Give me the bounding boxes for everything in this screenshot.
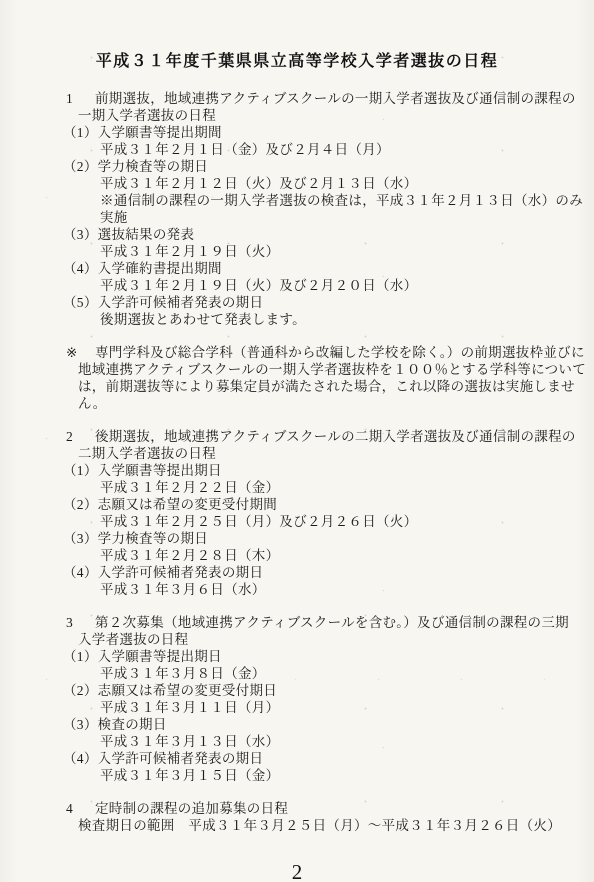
section-2: 2後期選抜，地域連携アクティブスクールの二期入学者選抜及び通信制の課程の 二期入… <box>0 428 594 598</box>
schedule-item-value: 平成３１年２月１９日（火）及び２月２０日（水） <box>0 277 594 294</box>
schedule-item-value: 平成３１年２月１９日（火） <box>0 243 594 260</box>
note-line3: は，前期選抜等により募集定員が満たされた場合，これ以降の選抜は実施しません。 <box>0 378 594 412</box>
schedule-item-value: 後期選抜とあわせて発表します。 <box>0 311 594 328</box>
schedule-item-label: （3）選抜結果の発表 <box>0 226 594 243</box>
section-4-number: 4 <box>66 800 95 817</box>
page-number: 2 <box>0 860 594 882</box>
section-4-detail: 検査期日の範囲 平成３１年３月２５日（月）～平成３１年３月２６日（火） <box>0 817 594 834</box>
schedule-item-value: 平成３１年３月１５日（金） <box>0 767 594 784</box>
section-3: 3第２次募集（地域連携アクティブスクールを含む。）及び通信制の課程の三期 入学者… <box>0 614 594 784</box>
schedule-item-label: （3）検査の期日 <box>0 716 594 733</box>
schedule-item-value: 平成３１年３月６日（水） <box>0 581 594 598</box>
section-4-heading: 4定時制の課程の追加募集の日程 <box>0 800 594 817</box>
schedule-item-value: 平成３１年２月１日（金）及び２月４日（月） <box>0 141 594 158</box>
schedule-item-note-cont: 実施 <box>0 209 594 226</box>
schedule-item-value: 平成３１年３月１１日（月） <box>0 699 594 716</box>
schedule-item-value: 平成３１年２月２８日（木） <box>0 547 594 564</box>
schedule-item-value: 平成３１年２月１２日（火）及び２月１３日（水） <box>0 175 594 192</box>
section-4-title: 定時制の課程の追加募集の日程 <box>95 801 288 816</box>
section-3-title-line1: 第２次募集（地域連携アクティブスクールを含む。）及び通信制の課程の三期 <box>95 615 569 630</box>
section-1-title-line1: 前期選抜，地域連携アクティブスクールの一期入学者選抜及び通信制の課程の <box>95 91 576 106</box>
schedule-item-label: （1）入学願書等提出期日 <box>0 648 594 665</box>
schedule-item-value: 平成３１年２月２２日（金） <box>0 479 594 496</box>
section-3-heading: 3第２次募集（地域連携アクティブスクールを含む。）及び通信制の課程の三期 <box>0 614 594 631</box>
note-paragraph: ※専門学科及び総合学科（普通科から改編した学校を除く。）の前期選抜枠並びに 地域… <box>0 344 594 412</box>
schedule-item-label: （4）入学許可候補者発表の期日 <box>0 564 594 581</box>
schedule-item-label: （1）入学願書等提出期日 <box>0 462 594 479</box>
schedule-item-label: （1）入学願書等提出期間 <box>0 124 594 141</box>
section-3-title-line2: 入学者選抜の日程 <box>0 631 594 648</box>
schedule-item-label: （3）学力検査等の期日 <box>0 530 594 547</box>
section-1-number: 1 <box>66 90 95 107</box>
schedule-item-value: 平成３１年２月２５日（月）及び２月２６日（火） <box>0 513 594 530</box>
schedule-item-label: （5）入学許可候補者発表の期日 <box>0 294 594 311</box>
schedule-item-value: 平成３１年３月１３日（水） <box>0 733 594 750</box>
note-line1: ※専門学科及び総合学科（普通科から改編した学校を除く。）の前期選抜枠並びに <box>0 344 594 361</box>
section-3-number: 3 <box>66 614 95 631</box>
section-4: 4定時制の課程の追加募集の日程 検査期日の範囲 平成３１年３月２５日（月）～平成… <box>0 800 594 834</box>
note-line1-text: 専門学科及び総合学科（普通科から改編した学校を除く。）の前期選抜枠並びに <box>95 345 585 360</box>
section-1-title-line2: 一期入学者選抜の日程 <box>0 107 594 124</box>
section-1-heading: 1前期選抜，地域連携アクティブスクールの一期入学者選抜及び通信制の課程の <box>0 90 594 107</box>
page-title: 平成３１年度千葉県県立高等学校入学者選抜の日程 <box>0 52 594 72</box>
note-marker: ※ <box>66 344 95 361</box>
note-line2: 地域連携アクティブスクールの一期入学者選抜枠を１００％とする学科等について <box>0 361 594 378</box>
schedule-item-label: （2）学力検査等の期日 <box>0 158 594 175</box>
schedule-item-value: 平成３１年３月８日（金） <box>0 665 594 682</box>
section-1: 1前期選抜，地域連携アクティブスクールの一期入学者選抜及び通信制の課程の 一期入… <box>0 90 594 328</box>
section-2-number: 2 <box>66 428 95 445</box>
section-2-title-line1: 後期選抜，地域連携アクティブスクールの二期入学者選抜及び通信制の課程の <box>95 429 576 444</box>
schedule-item-label: （2）志願又は希望の変更受付期日 <box>0 682 594 699</box>
schedule-item-label: （2）志願又は希望の変更受付期間 <box>0 496 594 513</box>
section-2-heading: 2後期選抜，地域連携アクティブスクールの二期入学者選抜及び通信制の課程の <box>0 428 594 445</box>
section-2-title-line2: 二期入学者選抜の日程 <box>0 445 594 462</box>
schedule-item-label: （4）入学許可候補者発表の期日 <box>0 750 594 767</box>
scanned-document-page: 平成３１年度千葉県県立高等学校入学者選抜の日程 1前期選抜，地域連携アクティブス… <box>0 0 594 882</box>
schedule-item-note: ※通信制の課程の一期入学者選抜の検査は，平成３１年２月１３日（水）のみ <box>0 192 594 209</box>
schedule-item-label: （4）入学確約書提出期間 <box>0 260 594 277</box>
